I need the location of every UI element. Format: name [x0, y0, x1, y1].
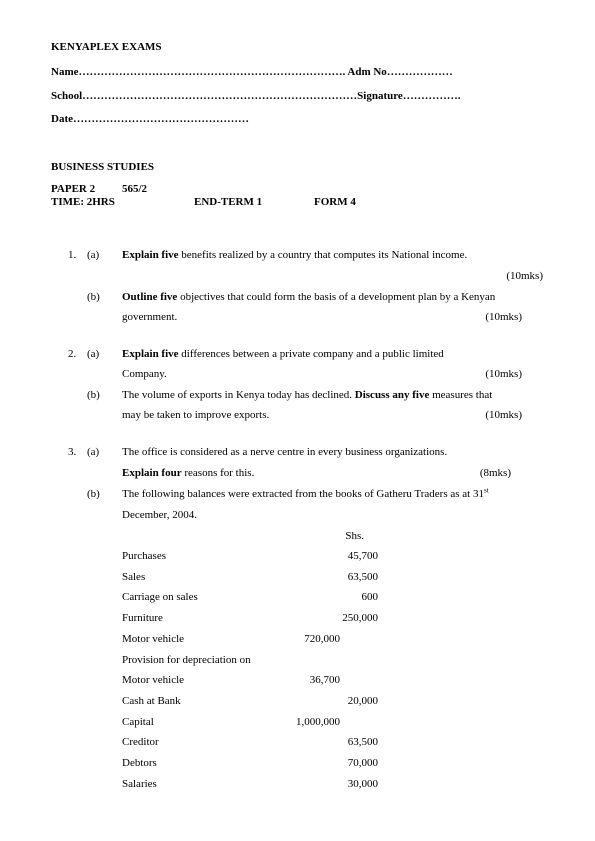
- question-text: The volume of exports in Kenya today has…: [122, 389, 492, 402]
- balance-value: 1,000,000: [296, 716, 340, 729]
- balance-label: Provision for depreciation on: [122, 654, 251, 667]
- marks: (10mks): [485, 368, 522, 381]
- question-text-continued: may be taken to improve exports.: [122, 409, 269, 422]
- question-text: The following balances were extracted fr…: [122, 488, 489, 501]
- balance-value: 30,000: [348, 778, 378, 791]
- marks: (10mks): [485, 311, 522, 324]
- question-text: Explain five differences between a priva…: [122, 348, 444, 361]
- exam-form: FORM 4: [314, 196, 356, 209]
- subject-title: BUSINESS STUDIES: [51, 161, 154, 174]
- part-label: (b): [87, 291, 100, 304]
- balance-label: Debtors: [122, 757, 157, 770]
- question-text: Outline five objectives that could form …: [122, 291, 495, 304]
- balance-label: Sales: [122, 571, 145, 584]
- part-label: (a): [87, 249, 99, 262]
- marks: (10mks): [485, 409, 522, 422]
- question-text-continued: government.: [122, 311, 177, 324]
- question-text-continued: December, 2004.: [122, 509, 197, 522]
- ordinal-suffix: st: [484, 486, 489, 494]
- balance-label: Furniture: [122, 612, 163, 625]
- question-emphasis: Explain five: [122, 249, 179, 261]
- balance-value: 36,700: [310, 674, 340, 687]
- balance-label: Motor vehicle: [122, 633, 184, 646]
- part-label: (a): [87, 348, 99, 361]
- exam-term: END-TERM 1: [194, 196, 262, 209]
- balance-value: 45,700: [348, 550, 378, 563]
- balance-value: 20,000: [348, 695, 378, 708]
- question-text-continued: Company.: [122, 368, 167, 381]
- balance-label: Motor vehicle: [122, 674, 184, 687]
- question-body: measures that: [429, 389, 492, 401]
- question-body: benefits realized by a country that comp…: [179, 249, 468, 261]
- question-body: objectives that could form the basis of …: [177, 291, 495, 303]
- question-emphasis: Explain five: [122, 348, 179, 360]
- balance-value: 63,500: [348, 571, 378, 584]
- question-body: reasons for this.: [182, 467, 255, 479]
- balance-value: 250,000: [342, 612, 378, 625]
- balance-label: Cash at Bank: [122, 695, 181, 708]
- question-emphasis: Discuss any five: [355, 389, 430, 401]
- paper-code: 565/2: [122, 183, 147, 196]
- balance-value: 70,000: [348, 757, 378, 770]
- marks: (8mks): [480, 467, 511, 480]
- question-emphasis: Explain four: [122, 467, 182, 479]
- question-text: The office is considered as a nerve cent…: [122, 446, 447, 459]
- balance-value: 63,500: [348, 736, 378, 749]
- exam-institution: KENYAPLEX EXAMS: [51, 41, 162, 54]
- question-text: Explain five benefits realized by a coun…: [122, 249, 467, 262]
- question-body: differences between a private company an…: [179, 348, 444, 360]
- question-body: The following balances were extracted fr…: [122, 488, 484, 500]
- name-adm-field-line: Name………………………………………………………………. Adm No……………: [51, 66, 453, 79]
- balance-label: Salaries: [122, 778, 157, 791]
- paper-number: PAPER 2: [51, 183, 95, 196]
- currency-header: Shs.: [345, 530, 364, 543]
- question-number: 3.: [68, 446, 76, 459]
- question-number: 1.: [68, 249, 76, 262]
- balance-value: 600: [362, 591, 379, 604]
- part-label: (b): [87, 488, 100, 501]
- part-label: (a): [87, 446, 99, 459]
- balance-label: Capital: [122, 716, 154, 729]
- exam-time: TIME: 2HRS: [51, 196, 115, 209]
- school-signature-field-line: School…………………………………………………………………Signature…: [51, 90, 461, 103]
- balance-value: 720,000: [304, 633, 340, 646]
- question-number: 2.: [68, 348, 76, 361]
- question-emphasis: Outline five: [122, 291, 177, 303]
- balance-label: Carriage on sales: [122, 591, 198, 604]
- balance-label: Creditor: [122, 736, 159, 749]
- balance-label: Purchases: [122, 550, 166, 563]
- question-text-continued: Explain four reasons for this.: [122, 467, 254, 480]
- question-body: The volume of exports in Kenya today has…: [122, 389, 355, 401]
- date-field-line: Date…………………………………………: [51, 113, 249, 126]
- part-label: (b): [87, 389, 100, 402]
- marks: (10mks): [506, 270, 543, 283]
